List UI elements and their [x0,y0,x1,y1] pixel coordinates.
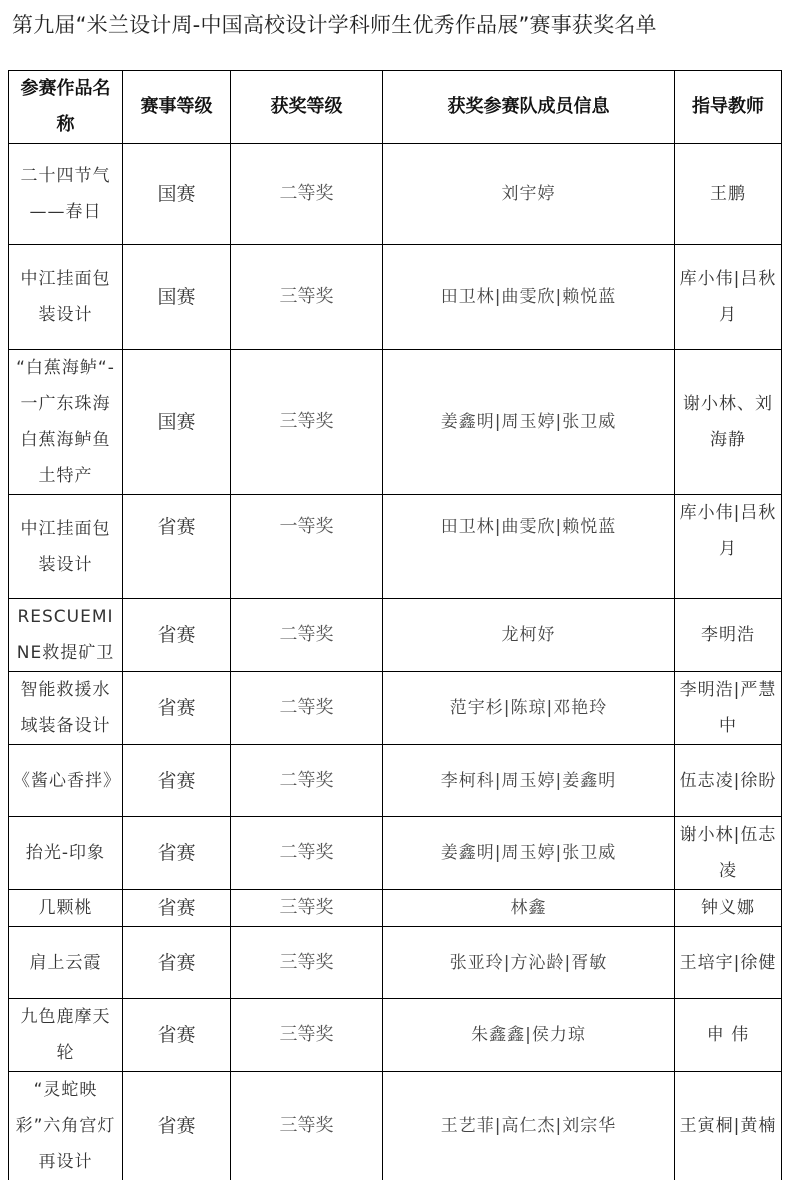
table-row: 几颗桃 省赛 三等奖 林鑫 钟义娜 [9,890,782,927]
work-name: 肩上云霞 [9,927,123,999]
table-row: 抬光-印象 省赛 二等奖 姜鑫明|周玉婷|张卫威 谢小林|伍志凌 [9,817,782,890]
award-level: 一等奖 [231,495,383,599]
contest-level: 省赛 [123,999,231,1072]
header-team-members: 获奖参赛队成员信息 [383,71,675,144]
advisor: 钟义娜 [675,890,782,927]
team-members: 李柯科|周玉婷|姜鑫明 [383,745,675,817]
award-level: 二等奖 [231,144,383,245]
contest-level: 省赛 [123,890,231,927]
award-level: 二等奖 [231,599,383,672]
team-members: 田卫林|曲雯欣|赖悦蓝 [383,495,675,599]
work-name: 《酱心香拌》 [9,745,123,817]
advisor: 李明浩|严慧中 [675,672,782,745]
team-members: 龙柯妤 [383,599,675,672]
award-level: 三等奖 [231,927,383,999]
header-contest-level: 赛事等级 [123,71,231,144]
advisor: 谢小林、刘海静 [675,350,782,495]
contest-level: 省赛 [123,745,231,817]
team-members: 田卫林|曲雯欣|赖悦蓝 [383,245,675,350]
table-row: “白蕉海鲈“-一广东珠海白蕉海鲈鱼土特产 国赛 三等奖 姜鑫明|周玉婷|张卫威 … [9,350,782,495]
contest-level: 国赛 [123,350,231,495]
table-row: 肩上云霞 省赛 三等奖 张亚玲|方沁龄|胥敏 王培宇|徐健 [9,927,782,999]
work-name: RESCUEMINE救提矿卫 [9,599,123,672]
work-name: “白蕉海鲈“-一广东珠海白蕉海鲈鱼土特产 [9,350,123,495]
award-level: 二等奖 [231,672,383,745]
work-name: 中江挂面包装设计 [9,245,123,350]
advisor: 王培宇|徐健 [675,927,782,999]
team-members: 范宇杉|陈琼|邓艳玲 [383,672,675,745]
award-level: 三等奖 [231,890,383,927]
contest-level: 省赛 [123,495,231,599]
team-members: 王艺菲|高仁杰|刘宗华 [383,1072,675,1180]
advisor: 库小伟|吕秋月 [675,245,782,350]
contest-level: 省赛 [123,599,231,672]
table-row: 智能救援水域装备设计 省赛 二等奖 范宇杉|陈琼|邓艳玲 李明浩|严慧中 [9,672,782,745]
advisor: 库小伟|吕秋月 [675,495,782,599]
table-row: 《酱心香拌》 省赛 二等奖 李柯科|周玉婷|姜鑫明 伍志凌|徐盼 [9,745,782,817]
page-title: 第九届“米兰设计周-中国高校设计学科师生优秀作品展”赛事获奖名单 [12,10,782,40]
table-row: 中江挂面包装设计 国赛 三等奖 田卫林|曲雯欣|赖悦蓝 库小伟|吕秋月 [9,245,782,350]
award-level: 二等奖 [231,745,383,817]
team-members: 姜鑫明|周玉婷|张卫威 [383,817,675,890]
header-advisor: 指导教师 [675,71,782,144]
header-work-name: 参赛作品名称 [9,71,123,144]
contest-level: 省赛 [123,817,231,890]
award-level: 三等奖 [231,999,383,1072]
team-members: 朱鑫鑫|侯力琼 [383,999,675,1072]
contest-level: 省赛 [123,927,231,999]
table-header-row: 参赛作品名称 赛事等级 获奖等级 获奖参赛队成员信息 指导教师 [9,71,782,144]
work-name: 智能救援水域装备设计 [9,672,123,745]
header-award-level: 获奖等级 [231,71,383,144]
table-row: 九色鹿摩天轮 省赛 三等奖 朱鑫鑫|侯力琼 申 伟 [9,999,782,1072]
advisor: 王寅桐|黄楠 [675,1072,782,1180]
advisor: 王鹏 [675,144,782,245]
table-row: “灵蛇映彩”六角宫灯再设计 省赛 三等奖 王艺菲|高仁杰|刘宗华 王寅桐|黄楠 [9,1072,782,1180]
advisor: 申 伟 [675,999,782,1072]
team-members: 刘宇婷 [383,144,675,245]
work-name: “灵蛇映彩”六角宫灯再设计 [9,1072,123,1180]
table-row: RESCUEMINE救提矿卫 省赛 二等奖 龙柯妤 李明浩 [9,599,782,672]
award-level: 三等奖 [231,245,383,350]
team-members: 林鑫 [383,890,675,927]
award-level: 二等奖 [231,817,383,890]
awards-table: 参赛作品名称 赛事等级 获奖等级 获奖参赛队成员信息 指导教师 二十四节气——春… [8,70,782,1180]
contest-level: 国赛 [123,144,231,245]
contest-level: 省赛 [123,672,231,745]
table-row: 中江挂面包装设计 省赛 一等奖 田卫林|曲雯欣|赖悦蓝 库小伟|吕秋月 [9,495,782,599]
advisor: 伍志凌|徐盼 [675,745,782,817]
work-name: 九色鹿摩天轮 [9,999,123,1072]
team-members: 张亚玲|方沁龄|胥敏 [383,927,675,999]
advisor: 李明浩 [675,599,782,672]
work-name: 中江挂面包装设计 [9,495,123,599]
team-members: 姜鑫明|周玉婷|张卫威 [383,350,675,495]
work-name: 几颗桃 [9,890,123,927]
work-name: 抬光-印象 [9,817,123,890]
award-level: 三等奖 [231,350,383,495]
contest-level: 省赛 [123,1072,231,1180]
table-row: 二十四节气——春日 国赛 二等奖 刘宇婷 王鹏 [9,144,782,245]
contest-level: 国赛 [123,245,231,350]
advisor: 谢小林|伍志凌 [675,817,782,890]
work-name: 二十四节气——春日 [9,144,123,245]
award-level: 三等奖 [231,1072,383,1180]
